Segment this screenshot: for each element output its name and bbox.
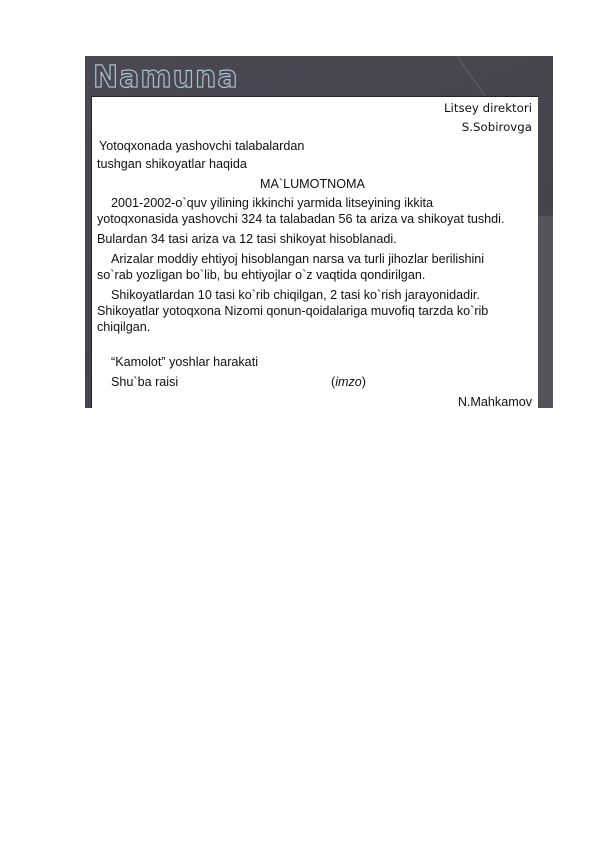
slide-title: Namuna — [93, 60, 239, 96]
document-heading: MA`LUMOTNOMA — [260, 176, 365, 192]
addressee-name: S.Sobirovga — [462, 119, 532, 135]
body-line-1: 2001-2002-o`quv yilining ikkinchi yarmid… — [111, 195, 433, 211]
signature-position: Shu`ba raisi — [111, 374, 178, 390]
body-line-3: Bulardan 34 tasi ariza va 12 tasi shikoy… — [97, 231, 397, 247]
signature-label: imzo — [335, 375, 362, 389]
subject-line-2: tushgan shikoyatlar haqida — [97, 156, 247, 172]
body-line-2: yotoqxonasida yashovchi 324 ta talabadan… — [97, 211, 504, 227]
decorative-shade — [537, 216, 553, 408]
subject-line-1: Yotoqxonada yashovchi talabalardan — [99, 138, 304, 154]
signatory-name: N.Mahkamov — [458, 394, 532, 408]
document-sheet: Litsey direktori S.Sobirovga Yotoqxonada… — [91, 96, 538, 408]
sample-slide: Namuna Litsey direktori S.Sobirovga Yoto… — [85, 56, 553, 408]
body-line-5: so`rab yozligan bo`lib, bu ehtiyojlar o`… — [97, 267, 425, 283]
body-line-4: Arizalar moddiy ehtiyoj hisoblangan nars… — [111, 251, 484, 267]
signature-organization: “Kamolot” yoshlar harakati — [111, 354, 258, 370]
body-line-7: Shikoyatlar yotoqxona Nizomi qonun-qoida… — [97, 303, 488, 319]
signature-placeholder: (imzo) — [331, 374, 366, 390]
addressee-position: Litsey direktori — [444, 100, 532, 116]
body-line-8: chiqilgan. — [97, 319, 150, 335]
body-line-6: Shikoyatlardan 10 tasi ko`rib chiqilgan,… — [111, 287, 480, 303]
